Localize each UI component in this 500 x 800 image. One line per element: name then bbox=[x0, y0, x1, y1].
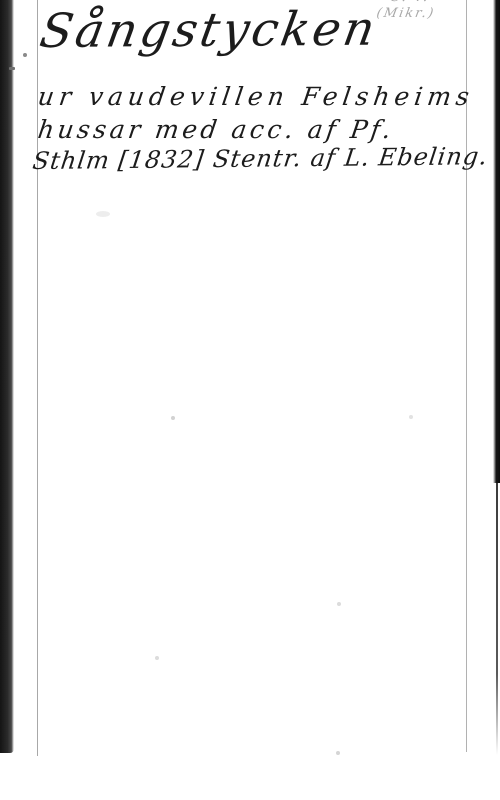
scan-speck bbox=[155, 656, 159, 660]
card-body-line-2: hussar med acc. af Pf. bbox=[36, 115, 396, 144]
card-body-line-1: ur vaudevillen Felsheims bbox=[36, 82, 476, 111]
scan-speck bbox=[337, 602, 341, 606]
scan-speck bbox=[96, 211, 110, 217]
scan-speck bbox=[9, 67, 15, 70]
scan-speck bbox=[23, 53, 27, 57]
pencil-note: S. V. (Mikr.) bbox=[375, 0, 439, 22]
scan-edge-right bbox=[493, 0, 500, 483]
scan-speck bbox=[171, 416, 175, 420]
scanned-catalog-card: S. V. (Mikr.) Sångstycken ur vaudevillen… bbox=[0, 0, 500, 800]
card-right-rule bbox=[466, 0, 467, 752]
pencil-note-line2: (Mikr.) bbox=[375, 6, 436, 22]
scan-edge-right-thin bbox=[496, 483, 498, 755]
card-title: Sångstycken bbox=[36, 2, 382, 59]
card-left-rule bbox=[37, 0, 38, 756]
card-body-line-3: Sthlm [1832] Stentr. af L. Ebeling. bbox=[31, 142, 490, 175]
scan-speck bbox=[336, 751, 340, 755]
scan-gutter-left bbox=[0, 0, 14, 753]
scan-speck bbox=[409, 415, 413, 419]
